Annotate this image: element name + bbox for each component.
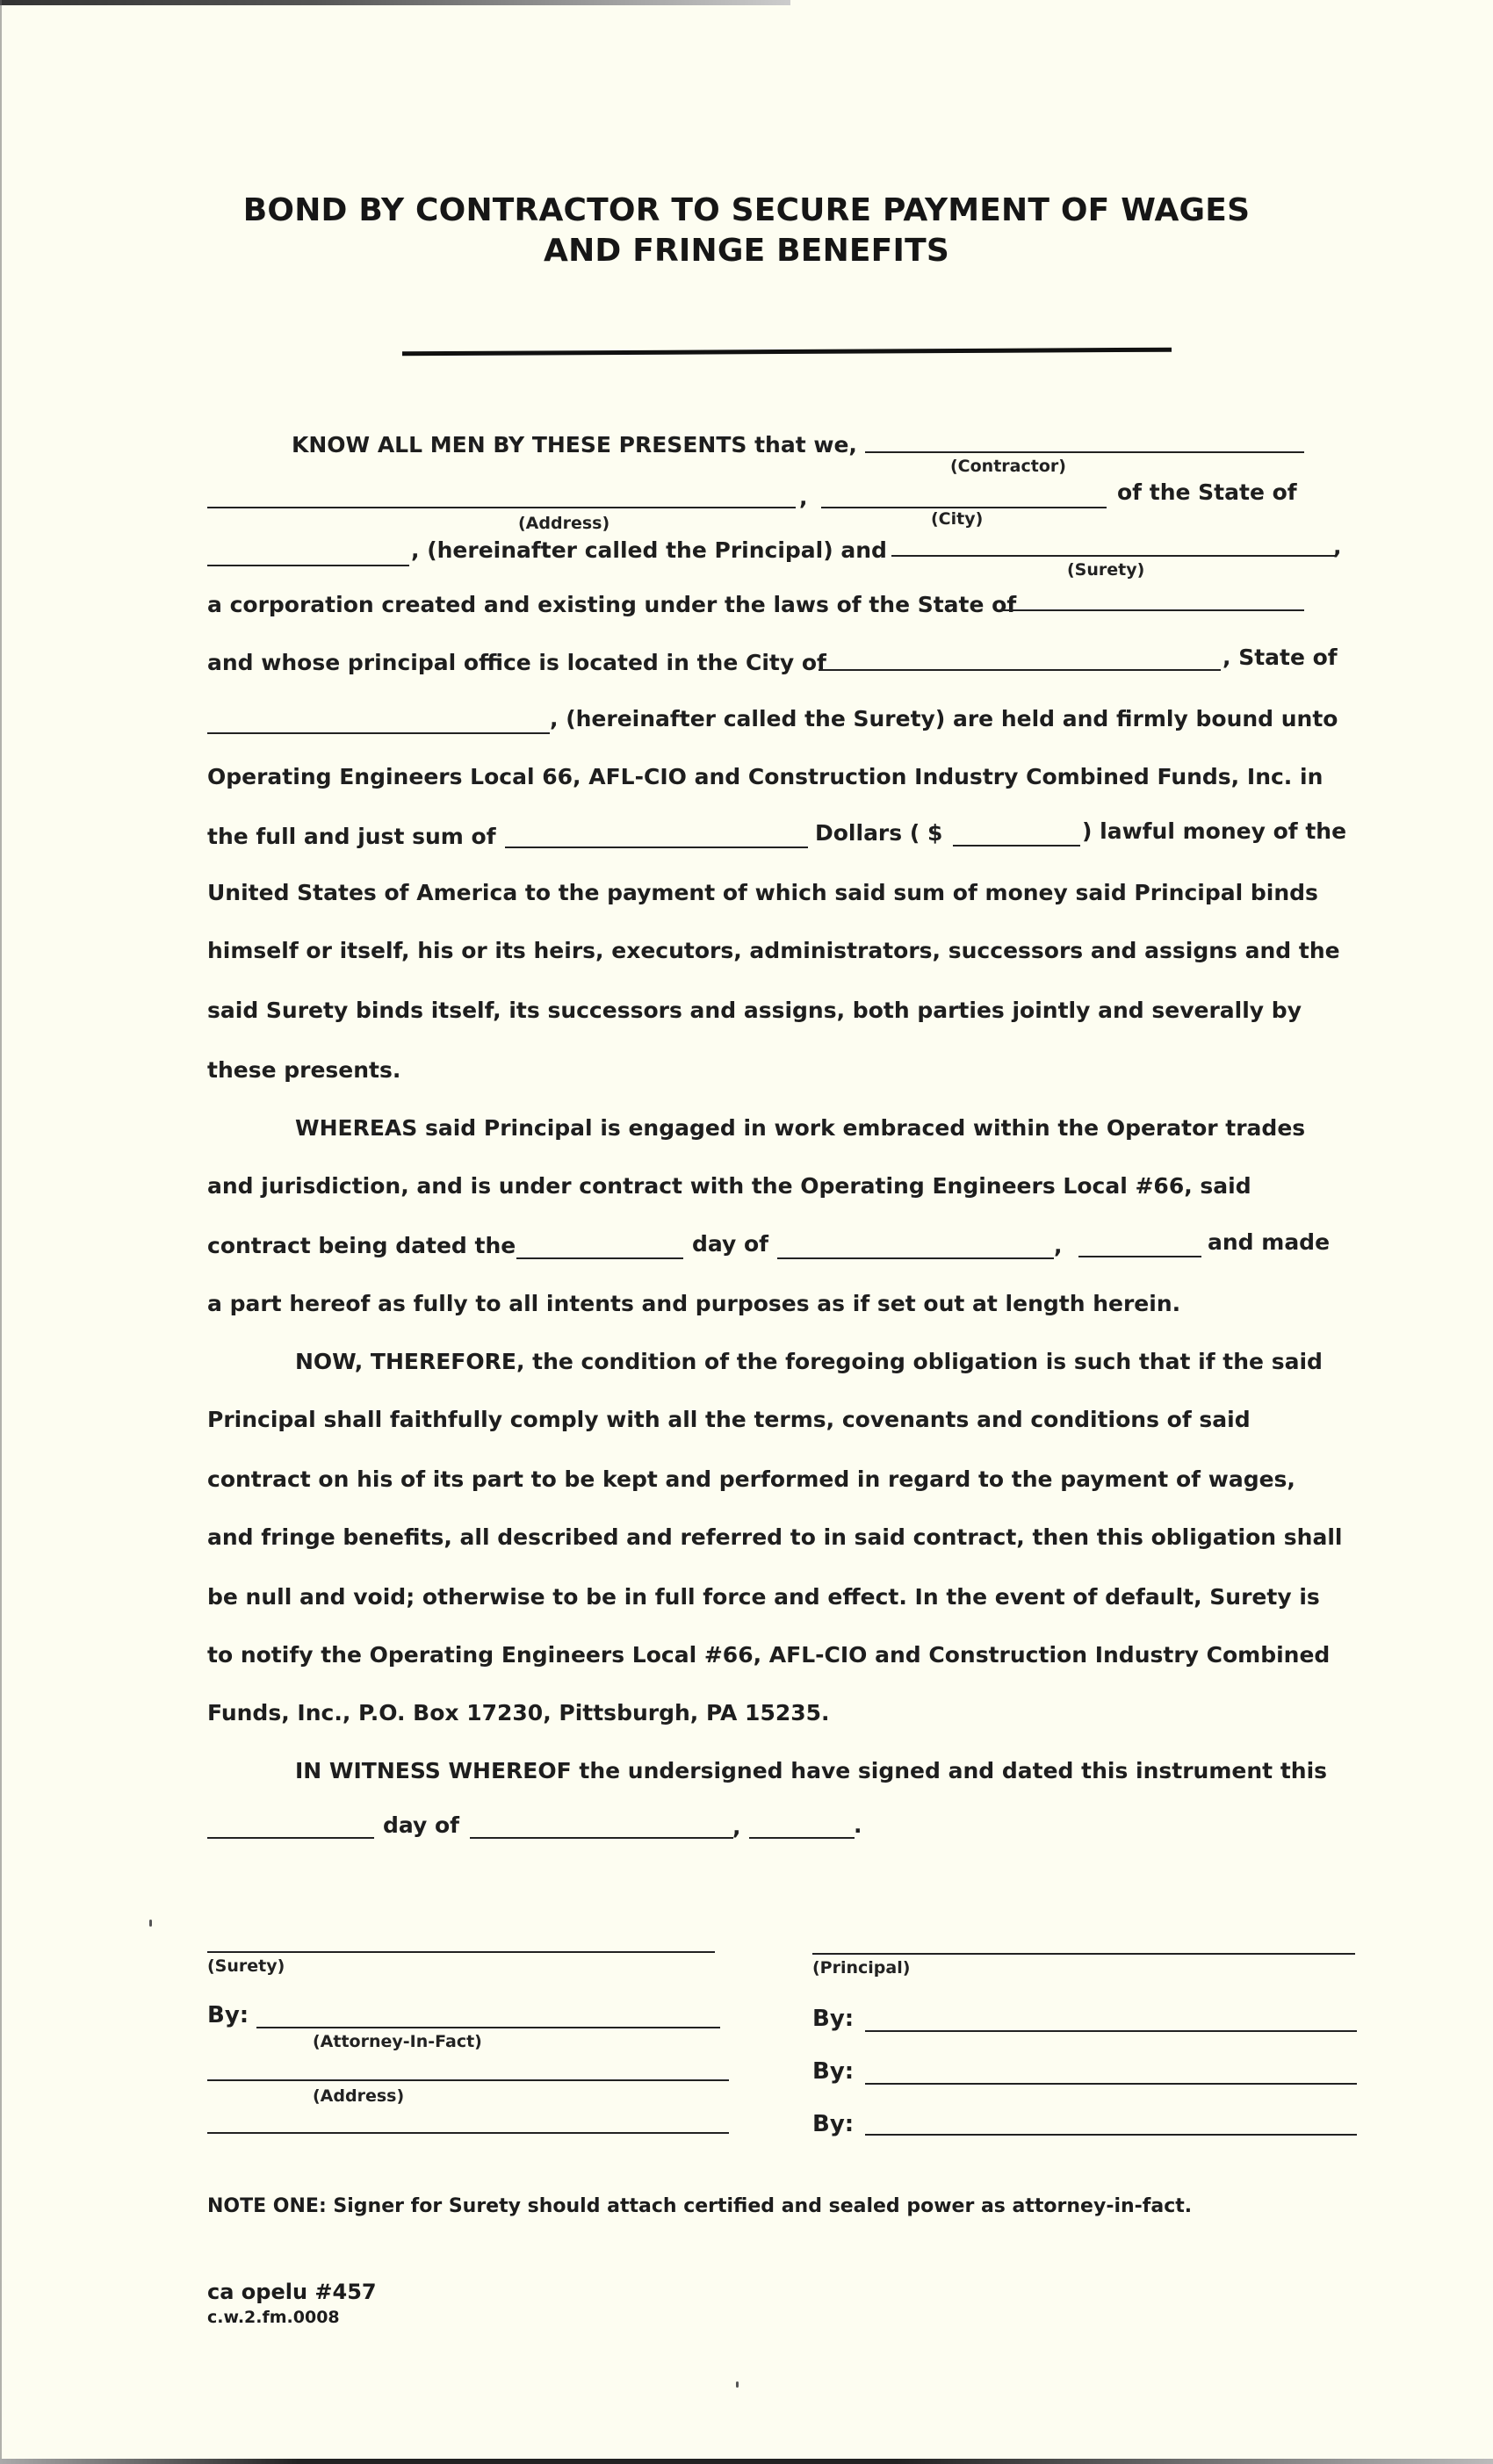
contract-year-field[interactable]	[1078, 1256, 1201, 1257]
paragraph1-line9: United States of America to the payment …	[207, 880, 1318, 905]
contract-date-comma: ,	[1054, 1233, 1063, 1258]
scan-speck	[736, 2381, 739, 2388]
surety-comma: ,	[1333, 534, 1342, 559]
witness-day-field[interactable]	[207, 1837, 374, 1839]
note-one: NOTE ONE: Signer for Surety should attac…	[207, 2195, 1192, 2217]
address-comma: ,	[799, 485, 808, 510]
surety-state-field[interactable]	[1001, 609, 1304, 611]
contract-dated-text: contract being dated the	[207, 1233, 516, 1258]
state-of-text: , State of	[1223, 645, 1338, 670]
full-sum-text: the full and just sum of	[207, 824, 496, 849]
surety-address-caption: (Address)	[313, 2086, 404, 2106]
surety-name-field[interactable]	[891, 555, 1335, 557]
attorney-in-fact-field[interactable]	[256, 2027, 720, 2028]
witness-month-field[interactable]	[470, 1837, 733, 1839]
scan-edge-bottom	[0, 2459, 1493, 2464]
and-made-text: and made	[1208, 1229, 1330, 1255]
principal-by-field-1[interactable]	[865, 2030, 1357, 2032]
principal-by-field-2[interactable]	[865, 2083, 1357, 2085]
principal-state-field[interactable]	[207, 565, 409, 566]
whereas-text: WHEREAS said Principal is engaged in wor…	[295, 1115, 1305, 1141]
scan-edge-top	[0, 0, 790, 5]
form-revision-code: c.w.2.fm.0008	[207, 2308, 340, 2327]
contract-month-field[interactable]	[777, 1257, 1054, 1259]
paragraph3-line2: Principal shall faithfully comply with a…	[207, 1407, 1251, 1432]
operating-engineers-text: Operating Engineers Local 66, AFL-CIO an…	[207, 764, 1323, 789]
city-field[interactable]	[821, 507, 1107, 508]
know-all-men-text: KNOW ALL MEN BY THESE PRESENTS that we,	[292, 432, 857, 457]
contractor-field[interactable]	[865, 451, 1304, 453]
form-code: ca opelu #457	[207, 2280, 377, 2304]
witness-day-of-text: day of	[383, 1812, 459, 1838]
paragraph2-line4: a part hereof as fully to all intents an…	[207, 1291, 1180, 1316]
surety-signature-label: (Surety)	[207, 1956, 285, 1976]
of-the-state-of-text: of the State of	[1117, 479, 1297, 505]
corporation-text: a corporation created and existing under…	[207, 592, 1016, 617]
principal-office-text: and whose principal office is located in…	[207, 650, 826, 675]
scan-speck	[149, 1920, 152, 1927]
in-witness-text: IN WITNESS WHEREOF the undersigned have …	[295, 1758, 1327, 1783]
address-caption: (Address)	[518, 514, 609, 533]
paragraph1-line10: himself or itself, his or its heirs, exe…	[207, 938, 1340, 963]
surety-address-line2[interactable]	[207, 2132, 729, 2134]
scan-edge-left	[0, 0, 2, 2464]
sum-words-field[interactable]	[505, 847, 808, 848]
paragraph3-line4: and fringe benefits, all described and r…	[207, 1524, 1342, 1550]
document-title-line1: BOND BY CONTRACTOR TO SECURE PAYMENT OF …	[0, 191, 1493, 230]
surety-called-text: , (hereinafter called the Surety) are he…	[550, 706, 1338, 731]
contractor-caption: (Contractor)	[950, 457, 1066, 476]
surety-signature-line[interactable]	[207, 1951, 715, 1953]
principal-by-label-3: By:	[812, 2111, 854, 2137]
paragraph3-line7: Funds, Inc., P.O. Box 17230, Pittsburgh,…	[207, 1700, 830, 1726]
paragraph3-line3: contract on his of its part to be kept a…	[207, 1466, 1295, 1492]
address-field[interactable]	[207, 507, 796, 508]
lawful-money-text: ) lawful money of the	[1082, 818, 1346, 844]
witness-year-field[interactable]	[749, 1837, 855, 1839]
city-caption: (City)	[931, 509, 983, 529]
witness-date-comma: ,	[732, 1814, 741, 1840]
dollars-text: Dollars ( $	[815, 820, 942, 846]
surety-caption: (Surety)	[1067, 560, 1144, 580]
paragraph3-line6: to notify the Operating Engineers Local …	[207, 1642, 1330, 1668]
document-title-line2: AND FRINGE BENEFITS	[0, 232, 1493, 270]
principal-by-field-3[interactable]	[865, 2134, 1357, 2136]
principal-by-label-1: By:	[812, 2006, 854, 2032]
principal-by-label-2: By:	[812, 2058, 854, 2085]
principal-signature-line[interactable]	[812, 1953, 1355, 1955]
contract-day-field[interactable]	[516, 1257, 683, 1259]
paragraph1-line11: said Surety binds itself, its successors…	[207, 998, 1302, 1023]
principal-signature-label: (Principal)	[812, 1958, 910, 1978]
principal-called-text: , (hereinafter called the Principal) and	[411, 537, 887, 563]
sum-amount-field[interactable]	[953, 845, 1080, 847]
surety-office-state-field[interactable]	[207, 732, 550, 734]
title-underline	[402, 348, 1172, 357]
paragraph3-line5: be null and void; otherwise to be in ful…	[207, 1584, 1320, 1610]
attorney-in-fact-caption: (Attorney-In-Fact)	[313, 2032, 482, 2051]
surety-address-line1[interactable]	[207, 2079, 729, 2081]
surety-by-label: By:	[207, 2002, 249, 2028]
witness-period: .	[854, 1812, 862, 1838]
now-therefore-text: NOW, THEREFORE, the condition of the for…	[295, 1349, 1323, 1374]
paragraph2-line2: and jurisdiction, and is under contract …	[207, 1173, 1251, 1199]
paragraph1-line12: these presents.	[207, 1057, 400, 1083]
surety-city-field[interactable]	[819, 669, 1221, 671]
day-of-text: day of	[692, 1231, 768, 1257]
